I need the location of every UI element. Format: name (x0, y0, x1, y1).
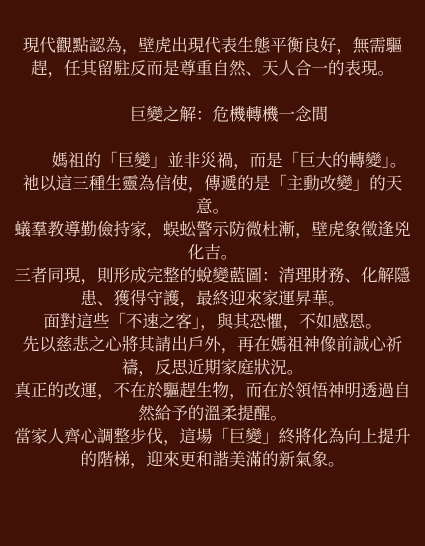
article-body: 現代觀點認為，壁虎出現代表生態平衡良好，無需驅趕，任其留駐反而是尊重自然、天人合… (0, 0, 425, 546)
spacer (8, 80, 417, 103)
paragraph: 蟻羣教導勤儉持家，蜈蚣警示防微杜漸，壁虎象徵逢兇化吉。 (8, 218, 417, 264)
paragraph: 當家人齊心調整步伐，這場「巨變」終將化為向上提升的階梯，迎來更和諧美滿的新氣象。 (8, 425, 417, 471)
paragraph: 媽祖的「巨變」並非災禍，而是「巨大的轉變」。 (8, 149, 417, 172)
paragraph: 真正的改運，不在於驅趕生物，而在於領悟神明透過自然給予的溫柔提醒。 (8, 379, 417, 425)
section-heading: 巨變之解：危機轉機一念間 (8, 103, 417, 126)
paragraph: 祂以這三種生靈為信使，傳遞的是「主動改變」的天意。 (8, 172, 417, 218)
paragraph: 面對這些「不速之客」，與其恐懼，不如感恩。 (8, 310, 417, 333)
spacer (8, 126, 417, 149)
paragraph: 三者同現，則形成完整的蛻變藍圖：清理財務、化解隱患、獲得守護，最終迎來家運昇華。 (8, 264, 417, 310)
intro-paragraph: 現代觀點認為，壁虎出現代表生態平衡良好，無需驅趕，任其留駐反而是尊重自然、天人合… (8, 34, 417, 80)
paragraph: 先以慈悲之心將其請出戶外，再在媽祖神像前誠心祈禱，反思近期家庭狀況。 (8, 333, 417, 379)
